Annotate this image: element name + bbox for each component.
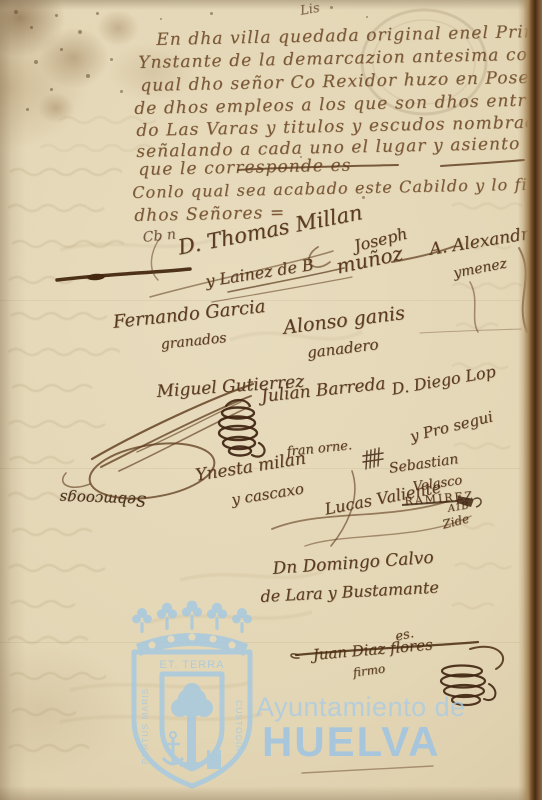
- motto-top: ET. TERRA: [159, 659, 224, 671]
- ink-flourishes: [0, 0, 542, 800]
- ink-coil-scribble: [219, 400, 265, 457]
- tree-icon: [171, 683, 213, 767]
- page-top-shading: [0, 0, 542, 10]
- watermark-city-text: HUELVA: [262, 718, 440, 766]
- huelva-crest-watermark: ET. TERRA PORTUS MARIS CUSTODIA: [120, 598, 264, 800]
- page-bottom-shading: [0, 786, 542, 800]
- motto-right: CUSTODIA: [234, 700, 244, 752]
- oval-flourish: [63, 435, 219, 506]
- manuscript-page: Lis En dha villa quedada original enel P…: [0, 0, 542, 800]
- tower-icon: [207, 750, 221, 769]
- book-binding-edge: [518, 0, 542, 800]
- hash-mark: [363, 448, 383, 469]
- page-left-shading: [0, 0, 26, 800]
- motto-left: PORTUS MARIS: [140, 688, 150, 765]
- crown-icon: [132, 601, 252, 656]
- signature-strike: [402, 496, 481, 507]
